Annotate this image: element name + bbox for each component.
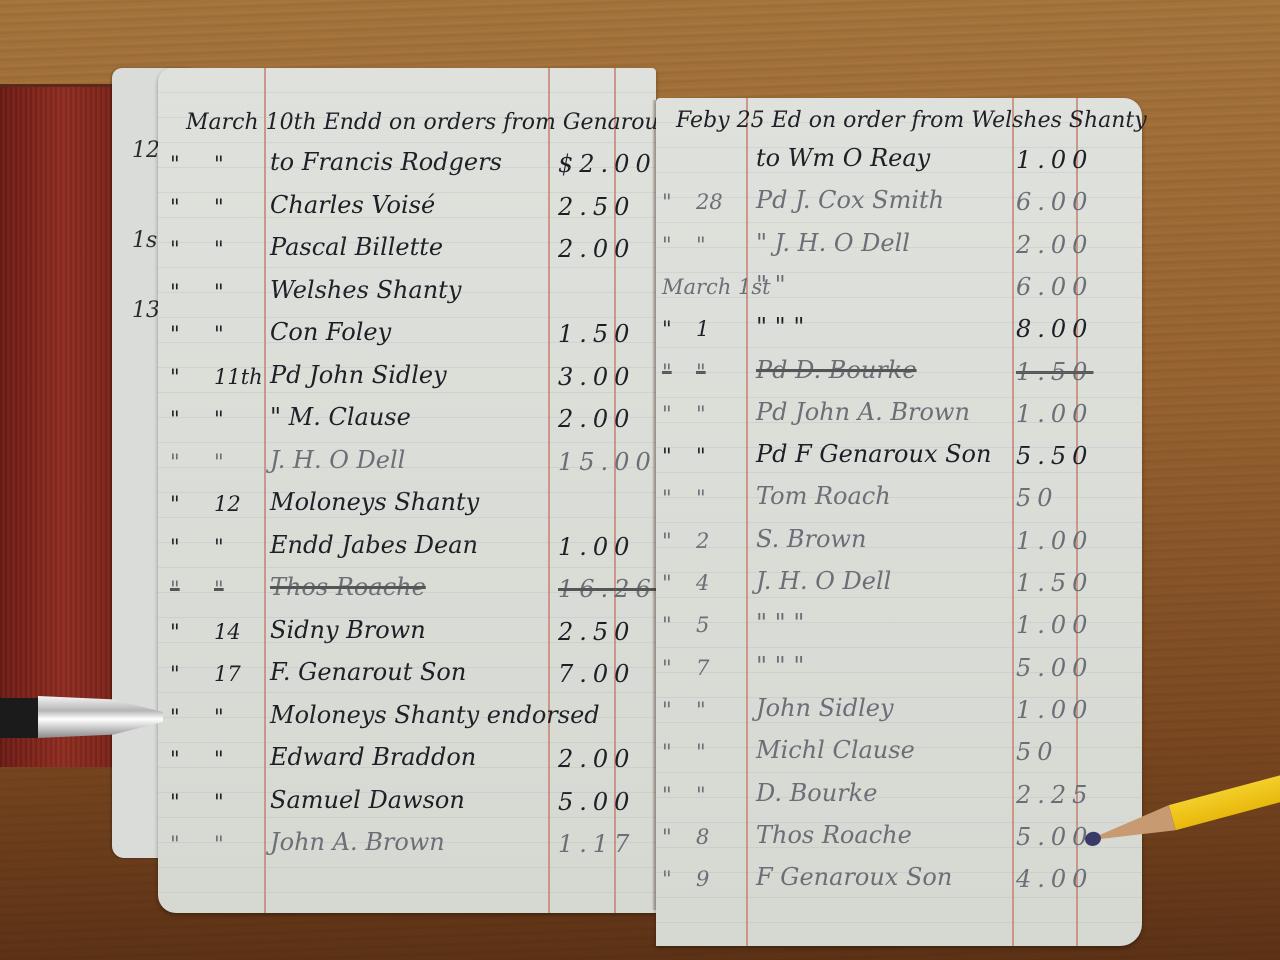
entry-day: " [696,486,706,510]
entry-month: " [170,535,180,559]
right-ledger-page: Feby 25 Ed on order from Welshes Shanty … [656,98,1142,946]
entry-description: Michl Clause [756,736,915,764]
margin-number: 12 [132,138,160,163]
entry-day: " [696,740,706,764]
entry-day: 5 [696,613,709,637]
entry-description: to Wm O Reay [756,144,930,172]
entry-day: " [214,705,224,729]
entry-description: Edward Braddon [270,743,476,771]
pencil-body [1169,771,1280,830]
entry-description: " " [756,271,786,299]
entry-amount: 4.00 [1016,865,1093,893]
book-cover [0,84,125,767]
entry-day: " [214,790,224,814]
margin-number: 13 [132,298,160,323]
entry-description: Pd John A. Brown [756,398,970,426]
entry-month: " [662,190,672,214]
entry-description: Pd D. Bourke [756,356,917,384]
entry-month: " [662,656,672,680]
margin-rule [746,98,748,946]
entry-description: " J. H. O Dell [756,229,910,257]
entry-month: " [662,613,672,637]
entry-amount: 5.00 [558,788,635,816]
entry-amount: 2.50 [558,618,635,646]
entry-day: " [214,195,224,219]
entry-amount: 2.00 [558,235,635,263]
entry-month: " [662,783,672,807]
entry-day: 1 [696,317,709,341]
entry-day: 7 [696,656,709,680]
pencil-lead [1083,830,1102,848]
entry-description: John Sidley [756,694,894,722]
header-date: March 10th [186,110,317,135]
entry-amount: 6.00 [1016,188,1093,216]
entry-amount: 2.00 [1016,231,1093,259]
pen-barrel [0,698,44,738]
entry-month: " [170,280,180,304]
entry-month: " [170,450,180,474]
entry-day: 8 [696,825,709,849]
entry-description: Pd F Genaroux Son [756,440,991,468]
entry-amount: 1.00 [1016,527,1093,555]
entry-day: " [214,280,224,304]
entry-description: " M. Clause [270,403,411,431]
entry-day: " [696,783,706,807]
entry-month: " [170,832,180,856]
entry-amount: 1.50 [1016,358,1093,386]
entry-day: " [214,577,224,601]
entry-month: " [170,322,180,346]
left-header: March 10th Endd on orders from Genarouxs [186,110,682,135]
entry-month: " [662,233,672,257]
entry-day: " [214,450,224,474]
header-text: Ed on order from Welshes Shanty [772,108,1147,133]
entry-month: " [170,195,180,219]
entry-description: Endd Jabes Dean [270,531,478,559]
entry-description: Welshes Shanty [270,276,461,304]
entry-month: " [662,571,672,595]
entry-amount: 8.00 [1016,315,1093,343]
entry-amount: 5.00 [1016,654,1093,682]
entry-day: 9 [696,867,709,891]
ballpoint-pen [0,694,165,740]
entry-day: " [696,233,706,257]
dollars-rule [548,68,550,913]
entry-month: " [662,360,672,384]
entry-description: D. Bourke [756,779,877,807]
entry-day: " [214,152,224,176]
entry-amount: 2.50 [558,193,635,221]
pencil-wood [1092,805,1176,851]
entry-description: F Genaroux Son [756,863,952,891]
entry-month: " [170,152,180,176]
entry-day: 11th [214,365,263,389]
entry-month: " [662,486,672,510]
entry-month: " [170,790,180,814]
entry-month: " [662,402,672,426]
entry-day: 4 [696,571,709,595]
entry-description: J. H. O Dell [756,567,891,595]
entry-month: " [170,662,180,686]
entry-description: " " " [756,313,804,341]
entry-description: J. H. O Dell [270,446,405,474]
entry-description: Pd J. Cox Smith [756,186,944,214]
entry-day: " [696,698,706,722]
entry-description: Charles Voisé [270,191,435,219]
entry-day: " [214,237,224,261]
entry-description: Pascal Billette [270,233,443,261]
entry-amount: 1.00 [1016,611,1093,639]
entry-day: " [696,402,706,426]
entry-month: " [662,444,672,468]
entry-amount: 5.50 [1016,442,1093,470]
entry-day: " [696,360,706,384]
entry-day: 17 [214,662,241,686]
entry-amount: 50 [1016,484,1059,512]
entry-month: " [662,698,672,722]
entry-amount: 1.00 [1016,146,1093,174]
entry-day: " [214,407,224,431]
entry-amount: 1.50 [558,320,635,348]
entry-day: " [214,322,224,346]
dollars-rule [1012,98,1014,946]
entry-amount: 2.25 [1016,781,1093,809]
entry-description: Con Foley [270,318,391,346]
entry-day: 12 [214,492,241,516]
header-date: Feby 25 [676,108,765,133]
entry-day: 14 [214,620,241,644]
entry-amount: 1.00 [1016,400,1093,428]
entry-amount: 15.00 [558,448,657,476]
entry-description: Samuel Dawson [270,786,465,814]
entry-day: 2 [696,529,709,553]
entry-amount: 1.00 [1016,696,1093,724]
entry-amount: 1.17 [558,830,635,858]
entry-description: Sidny Brown [270,616,426,644]
entry-description: " " " [756,652,804,680]
cents-rule [1076,98,1078,946]
entry-description: to Francis Rodgers [270,148,502,176]
entry-description: Thos Roache [756,821,912,849]
entry-description: S. Brown [756,525,866,553]
entry-month: " [170,237,180,261]
entry-day: " [214,747,224,771]
entry-description: " " " [756,609,804,637]
entry-month: March 1st [662,275,771,299]
entry-month: " [170,365,180,389]
entry-month: " [662,529,672,553]
margin-rule [264,68,266,913]
entry-month: " [170,492,180,516]
entry-amount: 1.00 [558,533,635,561]
entry-description: F. Genarout Son [270,658,466,686]
right-header: Feby 25 Ed on order from Welshes Shanty [676,108,1147,133]
entry-month: " [662,740,672,764]
left-ledger-page: March 10th Endd on orders from Genarouxs… [158,68,656,913]
entry-month: " [170,705,180,729]
entry-amount: 6.00 [1016,273,1093,301]
entry-amount: 50 [1016,738,1059,766]
entry-month: " [662,867,672,891]
pen-tip [38,696,163,738]
entry-description: John A. Brown [270,828,445,856]
entry-day: " [214,535,224,559]
entry-day: 28 [696,190,723,214]
entry-description: Moloneys Shanty [270,488,479,516]
entry-amount: 2.00 [558,745,635,773]
entry-amount: 1.50 [1016,569,1093,597]
entry-amount: $2.00 [558,150,657,178]
entry-description: Tom Roach [756,482,891,510]
entry-day: " [214,832,224,856]
entry-day: " [696,444,706,468]
entry-amount: 16.26 [558,575,657,603]
entry-month: " [170,407,180,431]
entry-amount: 3.00 [558,363,635,391]
entry-description: Pd John Sidley [270,361,447,389]
entry-month: " [170,747,180,771]
entry-month: " [662,825,672,849]
entry-month: " [170,620,180,644]
header-text: Endd on orders from Genarouxs [324,110,683,135]
entry-month: " [662,317,672,341]
entry-amount: 7.00 [558,660,635,688]
entry-month: " [170,577,180,601]
entry-description: Moloneys Shanty endorsed [270,701,600,729]
entry-description: Thos Roache [270,573,426,601]
entry-amount: 2.00 [558,405,635,433]
